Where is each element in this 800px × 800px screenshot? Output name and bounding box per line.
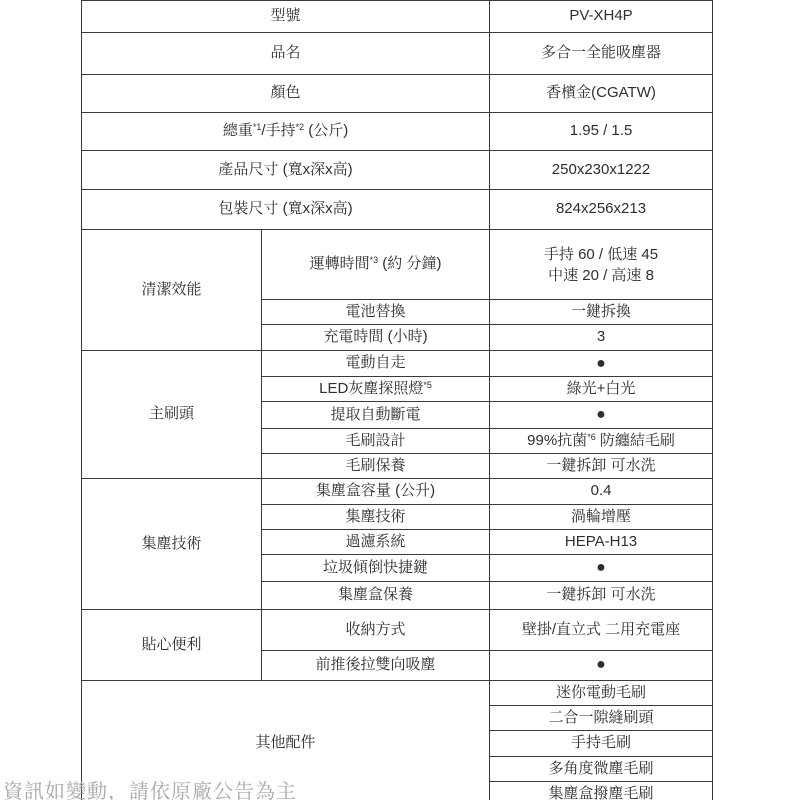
accessory-item: 二合一隙縫刷頭 (490, 706, 713, 731)
label-part: 運轉時間 (310, 255, 370, 272)
spec-value-model: PV-XH4P (490, 1, 713, 33)
spec-label-name: 品名 (82, 33, 490, 75)
spec-label-model: 型號 (82, 1, 490, 33)
runtime-line-2: 中速 20 / 高速 8 (494, 265, 708, 286)
spec-label-bidirectional: 前推後拉雙向吸塵 (262, 650, 490, 680)
spec-label-led: LED灰塵探照燈*5 (262, 377, 490, 402)
spec-label-self-propel: 電動自走 (262, 350, 490, 377)
label-part: 總重 (223, 122, 253, 139)
spec-value-brush-care: 一鍵拆卸 可水洗 (490, 454, 713, 479)
spec-label-bin-capacity: 集塵盒容量 (公升) (262, 479, 490, 504)
spec-label-weight: 總重*1/手持*2 (公斤) (82, 113, 490, 151)
footnote-marker: *1 (253, 122, 262, 132)
spec-value-charge-time: 3 (490, 325, 713, 350)
spec-value-product-size: 250x230x1222 (490, 151, 713, 190)
spec-label-product-size: 產品尺寸 (寬x深x高) (82, 151, 490, 190)
spec-label-battery: 電池替換 (262, 300, 490, 325)
spec-value-auto-cutoff: ● (490, 402, 713, 429)
spec-value-package-size: 824x256x213 (490, 190, 713, 230)
section-cleaning: 清潔效能 (82, 230, 262, 351)
spec-label-storage: 收納方式 (262, 609, 490, 650)
footnote-marker: *3 (370, 255, 379, 265)
value-part: 防纏結毛刷 (596, 432, 675, 449)
spec-label-dust-tech: 集塵技術 (262, 504, 490, 529)
spec-value-color: 香檳金(CGATW) (490, 75, 713, 113)
spec-label-runtime: 運轉時間*3 (約 分鐘) (262, 230, 490, 300)
spec-sheet: 型號 PV-XH4P 品名 多合一全能吸塵器 顏色 香檳金(CGATW) 總重*… (0, 0, 800, 800)
disclaimer-text: 資訊如變動，請依原廠公告為主 (3, 775, 297, 800)
section-dust-tech: 集塵技術 (82, 479, 262, 609)
section-brush-head: 主刷頭 (82, 350, 262, 479)
footnote-marker: *5 (423, 380, 432, 390)
spec-value-weight: 1.95 / 1.5 (490, 113, 713, 151)
spec-label-filter: 過濾系統 (262, 529, 490, 554)
footnote-marker: *6 (587, 432, 596, 442)
spec-value-runtime: 手持 60 / 低速 45 中速 20 / 高速 8 (490, 230, 713, 300)
spec-value-brush-design: 99%抗菌*6 防纏結毛刷 (490, 428, 713, 453)
spec-value-led: 綠光+白光 (490, 377, 713, 402)
spec-value-bin-capacity: 0.4 (490, 479, 713, 504)
accessory-item: 多角度微塵毛刷 (490, 756, 713, 781)
label-part: /手持 (261, 122, 295, 139)
spec-label-color: 顏色 (82, 75, 490, 113)
spec-label-empty-key: 垃圾傾倒快捷鍵 (262, 555, 490, 582)
spec-value-bin-care: 一鍵拆卸 可水洗 (490, 581, 713, 609)
footnote-marker: *2 (296, 122, 305, 132)
accessory-item: 集塵盒撥塵毛刷 (490, 781, 713, 800)
label-part: (約 分鐘) (378, 255, 441, 272)
spec-value-bidirectional: ● (490, 650, 713, 680)
label-part: LED灰塵探照燈 (319, 380, 423, 397)
runtime-line-1: 手持 60 / 低速 45 (494, 244, 708, 265)
label-part: (公斤) (304, 122, 348, 139)
spec-value-battery: 一鍵拆換 (490, 300, 713, 325)
spec-label-bin-care: 集塵盒保養 (262, 581, 490, 609)
accessory-item: 手持毛刷 (490, 731, 713, 756)
spec-label-package-size: 包裝尺寸 (寬x深x高) (82, 190, 490, 230)
spec-value-dust-tech: 渦輪增壓 (490, 504, 713, 529)
accessory-item: 迷你電動毛刷 (490, 680, 713, 705)
spec-table: 型號 PV-XH4P 品名 多合一全能吸塵器 顏色 香檳金(CGATW) 總重*… (81, 0, 713, 800)
spec-value-filter: HEPA-H13 (490, 529, 713, 554)
spec-value-self-propel: ● (490, 350, 713, 377)
spec-label-brush-care: 毛刷保養 (262, 454, 490, 479)
spec-value-name: 多合一全能吸塵器 (490, 33, 713, 75)
spec-label-auto-cutoff: 提取自動斷電 (262, 402, 490, 429)
spec-label-charge-time: 充電時間 (小時) (262, 325, 490, 350)
section-convenience: 貼心便利 (82, 609, 262, 680)
value-part: 99%抗菌 (527, 432, 587, 449)
spec-value-empty-key: ● (490, 555, 713, 582)
spec-label-brush-design: 毛刷設計 (262, 428, 490, 453)
spec-value-storage: 壁掛/直立式 二用充電座 (490, 609, 713, 650)
